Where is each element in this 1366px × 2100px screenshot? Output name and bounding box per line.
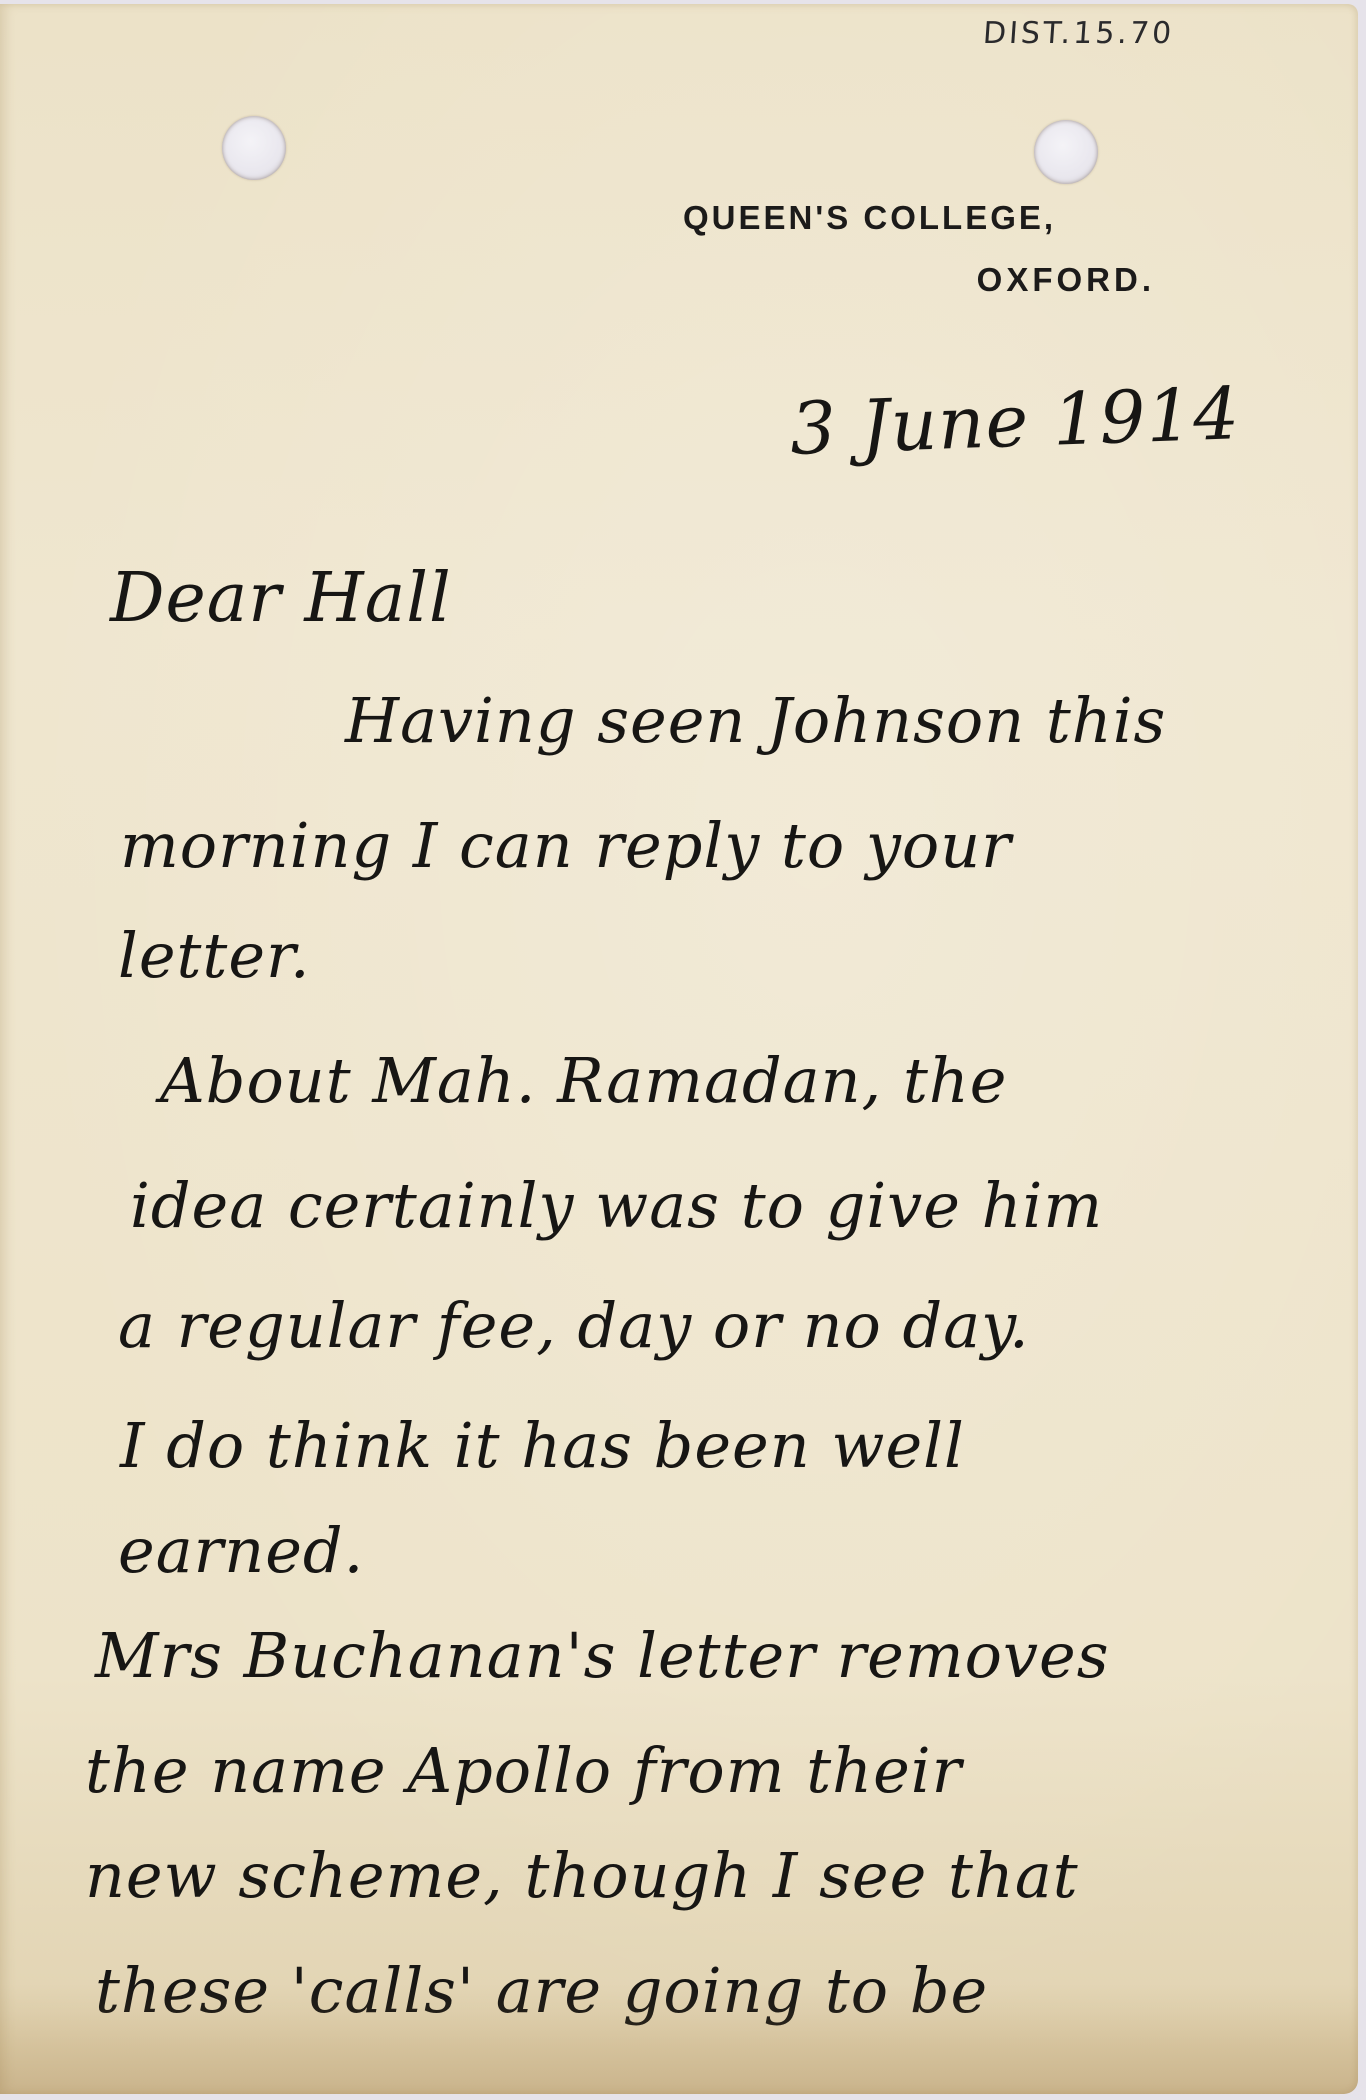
- body-line-12: these 'calls' are going to be: [95, 1954, 988, 2027]
- letter-page: DIST.15.70 QUEEN'S COLLEGE, OXFORD. 3 Ju…: [0, 4, 1358, 2094]
- body-line-3: letter.: [118, 919, 311, 992]
- body-line-10: the name Apollo from their: [85, 1734, 962, 1807]
- punch-hole-right: [1034, 120, 1098, 184]
- body-line-2: morning I can reply to your: [120, 809, 1012, 882]
- letterhead: QUEEN'S COLLEGE, OXFORD.: [683, 199, 1163, 299]
- letterhead-institution: QUEEN'S COLLEGE,: [683, 199, 1163, 249]
- body-line-1: Having seen Johnson this: [345, 684, 1166, 757]
- body-line-6: a regular fee, day or no day.: [118, 1289, 1030, 1362]
- salutation: Dear Hall: [110, 559, 452, 638]
- body-line-8: earned.: [118, 1514, 364, 1587]
- body-line-11: new scheme, though I see that: [85, 1839, 1079, 1912]
- body-line-7: I do think it has been well: [120, 1409, 965, 1482]
- body-line-9: Mrs Buchanan's letter removes: [95, 1619, 1110, 1692]
- archive-reference: DIST.15.70: [982, 16, 1176, 51]
- punch-hole-left: [222, 116, 286, 180]
- letter-date: 3 June 1914: [789, 371, 1242, 471]
- body-line-5: idea certainly was to give him: [130, 1169, 1103, 1242]
- letterhead-city: OXFORD.: [683, 261, 1163, 299]
- body-line-4: About Mah. Ramadan, the: [160, 1044, 1008, 1117]
